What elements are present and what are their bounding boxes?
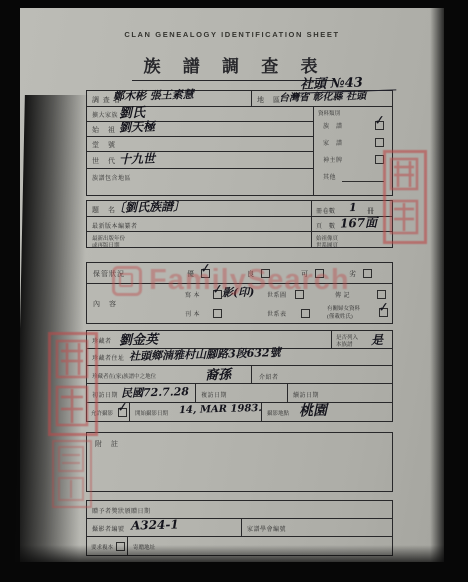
category-item-zupu-label: 族 譜 xyxy=(323,121,343,130)
familysearch-logo-icon xyxy=(112,266,142,296)
notes-box: 附 註 xyxy=(86,432,393,492)
blank-line xyxy=(342,181,384,182)
divider xyxy=(195,383,196,402)
ancestor-label: 始 祖 xyxy=(92,125,116,135)
title-value: 〔劉氏族譜〕 xyxy=(113,197,185,216)
red-seal-stamp-left-lower xyxy=(52,440,92,508)
divider xyxy=(313,106,314,195)
photographer-no-label: 攝影者編號 xyxy=(92,524,125,533)
category-item-jiapu-checkbox xyxy=(375,138,384,147)
owner-table: 珍藏者 劉金英 是否列入 本族譜 是 珍藏者住址 社頭鄉湳雅村山腳路3段632號… xyxy=(86,330,393,422)
divider xyxy=(331,331,332,348)
divider xyxy=(87,536,392,537)
content-printed-checkbox xyxy=(213,309,222,318)
content-women-label-line2: (僅載姓氏) xyxy=(327,312,353,320)
ancestor-value: 劉天極 xyxy=(119,118,155,136)
next-visit-label: 續訪日期 xyxy=(293,390,319,399)
owner-address-value: 社頭鄉湳雅村山腳路3段632號 xyxy=(129,344,281,364)
generations-label: 世 代 xyxy=(92,156,116,166)
page-refs-label-line2: 世系圖頁 xyxy=(316,241,338,249)
region-label: 地 區 xyxy=(257,95,281,105)
film-permit-checkbox: ✓ xyxy=(118,408,127,417)
notes-label: 附 註 xyxy=(95,439,119,449)
red-seal-stamp-left xyxy=(48,332,98,436)
watermark-text: FamilySearch xyxy=(149,264,350,297)
divider xyxy=(241,518,242,536)
divider xyxy=(87,136,313,137)
category-label: 資料類別 xyxy=(318,109,340,117)
content-women-label-line1: 有關婦女資料 xyxy=(327,304,360,312)
category-item-zupu-checkbox: ✓ xyxy=(375,121,384,130)
english-title: CLAN GENEALOGY IDENTIFICATION SHEET xyxy=(20,30,444,39)
included-value: 是 xyxy=(371,331,383,348)
film-place-label: 攝影地點 xyxy=(267,409,289,417)
film-edge-shadow-bottom xyxy=(20,545,444,562)
volume-table: 題 名 〔劉氏族譜〕 冊卷數 1 冊 最新版本編纂者 頁 數 167面 最新出版… xyxy=(86,200,393,248)
introducer-label: 介紹者 xyxy=(259,372,279,381)
first-visit-value: 民國72.7.28 xyxy=(121,383,189,401)
content-table-checkbox xyxy=(301,309,310,318)
volumes-label: 冊卷數 xyxy=(316,206,336,215)
category-item-other-label: 其他 xyxy=(323,172,336,181)
society-no-label: 家譜學會編號 xyxy=(247,524,286,533)
divider xyxy=(287,383,288,402)
hall-label: 堂 號 xyxy=(92,140,116,150)
divider xyxy=(87,168,313,169)
coverage-label: 族譜包含地區 xyxy=(92,173,131,182)
volumes-value: 1 xyxy=(349,201,357,214)
info-table: 調 查 者 鄭木彬 張王素慧 地 區 台灣省 彰化縣 社頭 擴大家族 劉氏 始 … xyxy=(86,90,393,196)
red-seal-stamp-right xyxy=(383,150,427,244)
content-biography-checkbox xyxy=(377,290,386,299)
photographer-no-value: A324-1 xyxy=(131,517,179,532)
divider xyxy=(129,402,130,421)
owner-position-value: 裔孫 xyxy=(205,364,232,384)
film-edge-shadow-right xyxy=(430,8,444,562)
re-visit-label: 複訪日期 xyxy=(201,390,227,399)
content-label: 內 容 xyxy=(93,299,117,309)
category-item-jiapu-label: 家 譜 xyxy=(323,138,343,147)
film-place-value: 桃園 xyxy=(299,400,328,421)
generations-value: 十九世 xyxy=(119,150,155,168)
keep-option-poor-checkbox xyxy=(363,269,372,278)
category-item-tablet-label: 神主牌 xyxy=(323,155,343,164)
divider xyxy=(251,365,252,383)
pages-value: 167面 xyxy=(340,214,377,232)
content-printed-label: 刊 本 xyxy=(185,309,200,318)
divider xyxy=(311,201,312,247)
keep-option-poor-label: 劣 xyxy=(349,269,357,279)
award-date-label: 贈予者獎狀頒贈日期 xyxy=(92,506,151,515)
check-mark: ✓ xyxy=(377,300,389,315)
included-label-line2: 本族譜 xyxy=(336,340,353,348)
content-table-label: 世系表 xyxy=(267,309,287,318)
clan-label: 擴大家族 xyxy=(92,110,118,119)
film-date-value: 14, MAR 1983. xyxy=(179,403,262,416)
pages-label: 頁 數 xyxy=(316,221,336,230)
owner-position-label: 珍藏者在(家)族譜中之地位 xyxy=(92,372,156,380)
familysearch-watermark: FamilySearch xyxy=(112,264,350,297)
editor-label: 最新版本編纂者 xyxy=(92,221,138,230)
check-mark: ✓ xyxy=(373,113,385,128)
content-women-checkbox: ✓ xyxy=(379,308,388,317)
pub-date-label-line2: 或再版日期 xyxy=(92,241,120,249)
serial-number: 社頭 №43 xyxy=(300,70,397,93)
film-date-label: 開始攝影日期 xyxy=(135,409,168,417)
divider xyxy=(251,91,252,106)
owner-name-value: 劉金英 xyxy=(119,328,158,348)
divider xyxy=(87,365,392,366)
